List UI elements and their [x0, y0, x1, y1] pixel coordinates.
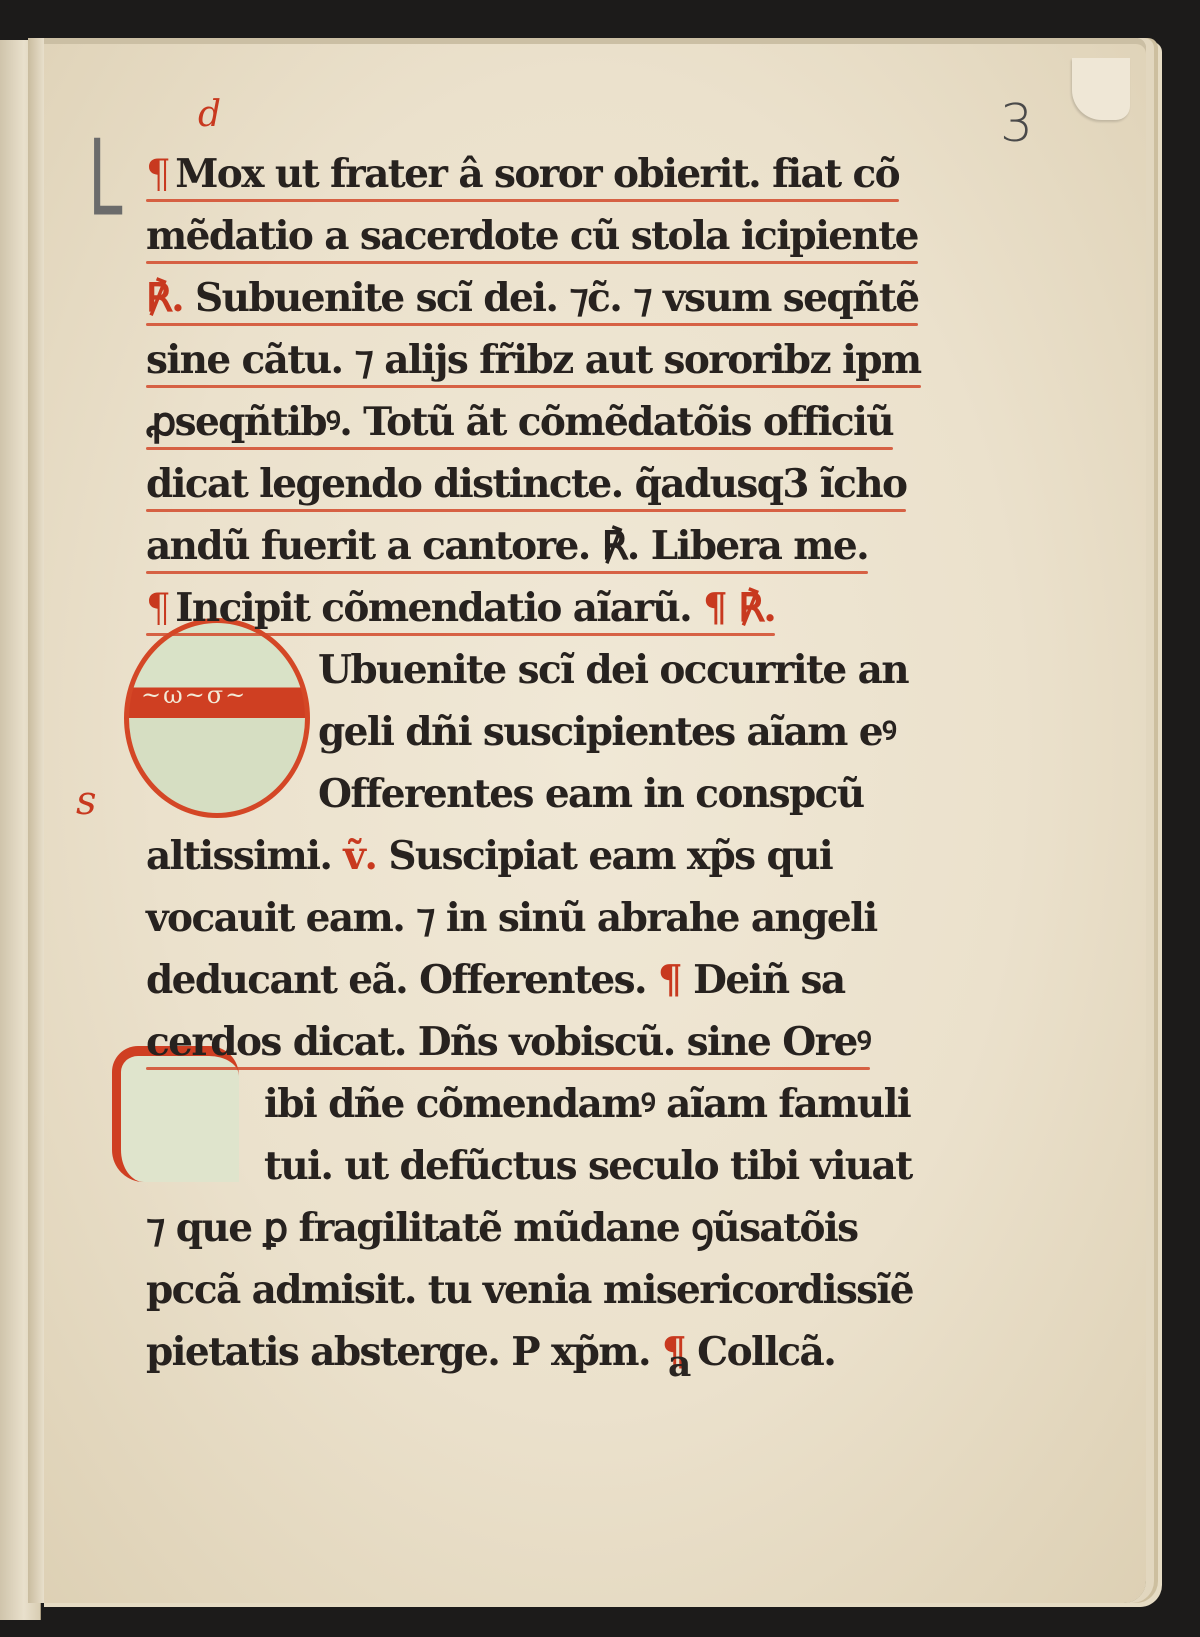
- line-text: pietatis absterge. P xp̃m.: [146, 1329, 650, 1375]
- line-text: pccã admisit. tu venia misericordissĩẽ: [146, 1267, 913, 1313]
- text-line: tui. ut defũctus seculo tibi viuat: [264, 1136, 912, 1196]
- text-line: vocauit eam. ⁊ in sinũ abrahe angeli: [146, 888, 877, 948]
- line-text: tui. ut defũctus seculo tibi viuat: [264, 1143, 912, 1189]
- line-text: Suscipiat eam xp̃s qui: [388, 833, 832, 879]
- text-line: sine cãtu. ⁊ alijs fr̃ibz aut sororibz i…: [146, 330, 921, 390]
- line-text: Mox ut frater â soror obierit. fiat cõ: [175, 151, 899, 197]
- page-gutter: [28, 38, 44, 1603]
- line-text: dicat legendo distincte. q̃adusq3 ĩcho: [146, 461, 906, 507]
- text-line: mẽdatio a sacerdote cũ stola icipiente: [146, 206, 918, 266]
- text-line: ⁊ que ꝑ fragilitatẽ mũdane ꝯũsatõis: [146, 1198, 858, 1258]
- line-text: altissimi.: [146, 833, 331, 879]
- guide-letter-d: d: [198, 94, 221, 135]
- text-line: dicat legendo distincte. q̃adusq3 ĩcho: [146, 454, 906, 514]
- text-line: andũ fuerit a cantore. ℟. Libera me.: [146, 516, 868, 576]
- folio-number: 3: [1000, 94, 1033, 154]
- text-line: cerdos dicat. Dñs vobiscũ. sine Oreꝰ: [146, 1012, 870, 1072]
- text-line: Offerentes eam in conspcũ: [318, 764, 864, 824]
- line-text: ibi dñe cõmendamꝰ aĩam famuli: [264, 1081, 910, 1127]
- pilcrow-mark: ¶: [146, 586, 169, 631]
- line-text: deducant eã. Offerentes.: [146, 957, 646, 1003]
- line-text: Ubuenite scĩ dei occurrite an: [318, 647, 908, 693]
- line-text: geli dñi suscipientes aĩam eꝰ: [318, 709, 895, 755]
- line-text: ꝓseqñtibꝰ. Totũ ãt cõmẽdatõis officiũ: [146, 399, 893, 445]
- signature-mark: a: [668, 1343, 691, 1385]
- decorated-initial-s: ~ω~σ~: [124, 618, 310, 818]
- text-line: deducant eã. Offerentes. ¶ Deiñ sa: [146, 950, 845, 1010]
- line-text: vocauit eam. ⁊ in sinũ abrahe angeli: [146, 895, 877, 941]
- manuscript-page: 3 L d s ~ω~σ~ ¶Mox ut frater â soror obi…: [28, 38, 1146, 1603]
- line-text: Collcã.: [697, 1329, 835, 1375]
- text-line: geli dñi suscipientes aĩam eꝰ: [318, 702, 895, 762]
- line-text: Incipit cõmendatio aĩarũ.: [175, 585, 691, 631]
- text-line: ¶Incipit cõmendatio aĩarũ. ¶ ℟.: [146, 578, 775, 638]
- versicle-mark: ṽ.: [343, 833, 376, 879]
- text-line: ibi dñe cõmendamꝰ aĩam famuli: [264, 1074, 910, 1134]
- line-text: Offerentes eam in conspcũ: [318, 771, 864, 817]
- text-line: pietatis absterge. P xp̃m. ¶ Collcã.: [146, 1322, 835, 1382]
- text-line: ꝓseqñtibꝰ. Totũ ãt cõmẽdatõis officiũ: [146, 392, 893, 452]
- folded-corner: [1072, 58, 1130, 120]
- line-text: mẽdatio a sacerdote cũ stola icipiente: [146, 213, 918, 259]
- initial-ornament-band: ~ω~σ~: [141, 681, 247, 709]
- pencil-margin-mark: L: [88, 116, 123, 240]
- text-line: Ubuenite scĩ dei occurrite an: [318, 640, 908, 700]
- guide-letter-s: s: [76, 778, 97, 824]
- text-line: altissimi. ṽ. Suscipiat eam xp̃s qui: [146, 826, 832, 886]
- line-text: Subuenite scĩ dei. ⁊c̃. ⁊ vsum seqñtẽ: [195, 275, 918, 321]
- line-text: cerdos dicat. Dñs vobiscũ. sine Oreꝰ: [146, 1019, 870, 1065]
- text-line: ¶Mox ut frater â soror obierit. fiat cõ: [146, 144, 899, 204]
- rubric-mark: ¶ ℟.: [703, 585, 775, 631]
- pilcrow-mark: ¶: [658, 957, 681, 1003]
- text-line: pccã admisit. tu venia misericordissĩẽ: [146, 1260, 913, 1320]
- line-text: sine cãtu. ⁊ alijs fr̃ibz aut sororibz i…: [146, 337, 921, 383]
- line-text: Deiñ sa: [693, 957, 844, 1003]
- line-text: ⁊ que ꝑ fragilitatẽ mũdane ꝯũsatõis: [146, 1205, 858, 1251]
- response-mark: ℟.: [146, 275, 183, 321]
- text-line: ℟. Subuenite scĩ dei. ⁊c̃. ⁊ vsum seqñtẽ: [146, 268, 918, 328]
- line-text: andũ fuerit a cantore. ℟. Libera me.: [146, 523, 868, 569]
- pilcrow-mark: ¶: [146, 152, 169, 197]
